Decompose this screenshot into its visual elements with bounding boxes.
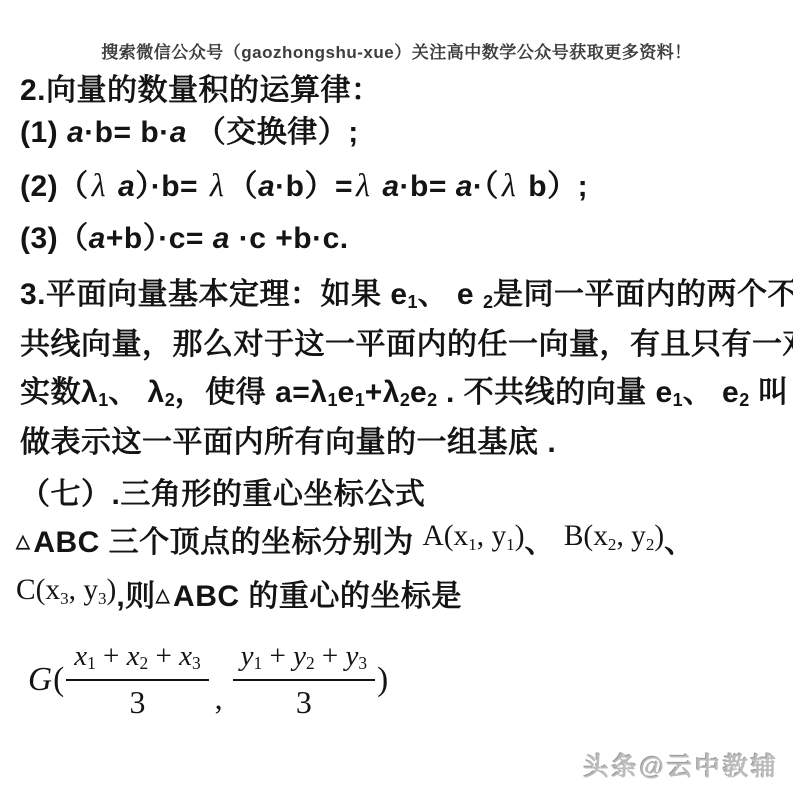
vector-a: a: [382, 170, 399, 203]
triangle-symbol: △: [16, 531, 30, 551]
denominator-3: 3: [233, 681, 375, 721]
subscript-1: 1: [327, 390, 337, 410]
vector-e: e: [722, 376, 739, 409]
triangle-symbol: △: [156, 585, 170, 605]
vector-a: a: [118, 170, 135, 203]
centroid-statement-line: C(x3, y3),则△ABC 的重心的坐标是: [16, 580, 462, 615]
item-number: (2)（: [20, 170, 89, 203]
vector-e: e: [457, 278, 474, 311]
dot-paren: ·（: [473, 170, 499, 203]
coordinate-B: B(x2, y2): [564, 520, 664, 552]
vector-a: a: [89, 222, 106, 255]
var-y: y: [241, 640, 254, 672]
subscript-2: 2: [739, 390, 749, 410]
x-fraction: x1 + x2 + x33: [66, 640, 208, 721]
centroid-text: ABC 的重心的坐标是: [173, 580, 462, 613]
plus-lambda: +λ: [365, 376, 400, 409]
coord-text: , y: [616, 520, 645, 552]
theorem-line-2: 共线向量，那么对于这一平面内的任一向量，有且只有一对: [20, 328, 793, 363]
subscript-2: 2: [306, 653, 315, 673]
enumeration-comma: 、: [664, 526, 695, 559]
subscript-1: 1: [87, 653, 96, 673]
then-text: ,则: [116, 580, 155, 613]
var-x: x: [74, 640, 87, 672]
vector-a: a: [258, 170, 275, 203]
item-number: (1): [20, 116, 67, 149]
vector-a: a: [213, 222, 230, 255]
coord-text: B(x: [564, 520, 608, 552]
subscript-3: 3: [358, 653, 367, 673]
vector-e: e: [655, 376, 672, 409]
denominator-3: 3: [66, 681, 208, 721]
abc-vertices-line: △ABC 三个顶点的坐标分别为 A(x1, y1)、 B(x2, y2)、: [16, 526, 695, 561]
vector-a: a: [456, 170, 473, 203]
equals: =: [114, 116, 141, 149]
var-x: x: [179, 640, 192, 672]
theorem-line-4: 做表示这一平面内所有向量的一组基底 .: [20, 426, 556, 461]
subscript-1: 1: [468, 535, 477, 554]
point-G: G: [28, 661, 52, 699]
section7-title: （七）.三角形的重心坐标公式: [20, 478, 425, 513]
toutiao-watermark: 头条@云中教辅: [584, 747, 779, 783]
enumeration-comma: 、: [418, 278, 457, 311]
lambda-text: 实数λ: [20, 376, 98, 409]
vector-a: a: [170, 116, 187, 149]
coord-text: ): [654, 520, 664, 552]
item-number: (3)（: [20, 222, 89, 255]
coord-text: ): [515, 520, 525, 552]
x-numerator: x1 + x2 + x3: [66, 640, 208, 681]
lambda-symbol: λ: [89, 168, 110, 204]
document-page: 搜索微信公众号（gaozhongshu-xue）关注高中数学公众号获取更多资料！…: [0, 0, 793, 788]
vector-e: e: [338, 376, 355, 409]
y-fraction: y1 + y2 + y33: [233, 640, 375, 721]
subscript-2: 2: [427, 390, 437, 410]
coord-text: C(x: [16, 574, 60, 606]
vector-a: a: [67, 116, 84, 149]
lambda-symbol: λ: [207, 168, 228, 204]
subscript-1: 1: [98, 390, 108, 410]
plus: +: [148, 640, 179, 672]
dot-b: ·b: [275, 170, 304, 203]
plus-b: +b: [106, 222, 143, 255]
theorem-text: 是同一平面内的两个不: [493, 278, 793, 311]
vector-e: e: [410, 376, 427, 409]
subscript-1: 1: [355, 390, 365, 410]
subscript-1: 1: [506, 535, 515, 554]
dot-c-plus-bc: ·c +b·c.: [230, 222, 349, 255]
basis-term: 基底: [478, 426, 539, 459]
dot: ·: [159, 116, 170, 149]
dot-product-law-3: (3)（a+b）·c= a ·c +b·c.: [20, 222, 349, 257]
enumeration-comma: 、: [683, 376, 722, 409]
theorem-line-1: 3.平面向量基本定理：如果 e1、 e 2是同一平面内的两个不: [20, 278, 793, 313]
var-x: x: [127, 640, 140, 672]
subscript-3: 3: [60, 589, 69, 608]
period: .: [539, 426, 557, 459]
comma: ,: [215, 681, 223, 717]
vector-e: e: [390, 278, 407, 311]
dot-c-equals: ·c=: [158, 222, 213, 255]
vector-b: b: [528, 170, 547, 203]
lambda-symbol: λ: [499, 168, 520, 204]
such-that-text: ，使得: [175, 376, 275, 409]
paren: ）: [143, 222, 159, 255]
dot-product-law-1: (1) a·b= b·a （交换律）;: [20, 116, 359, 151]
coord-text: , y: [69, 574, 98, 606]
y-numerator: y1 + y2 + y3: [233, 640, 375, 681]
coord-text: , y: [477, 520, 506, 552]
vector-b: b: [140, 116, 159, 149]
basis-intro-text: 做表示这一平面内所有向量的一组: [20, 426, 478, 459]
a-equals-lambda: a=λ: [275, 376, 327, 409]
paren: ）: [135, 170, 151, 203]
lambda-text: 、 λ: [108, 376, 165, 409]
coord-text: ): [107, 574, 117, 606]
var-y: y: [293, 640, 306, 672]
space: [109, 170, 118, 203]
coord-text: A(x: [423, 520, 469, 552]
dot-product-law-2: (2)（λ a）·b= λ（a·b）=λ a·b= a·（λ b）;: [20, 168, 588, 205]
centroid-formula: G(x1 + x2 + x33,y1 + y2 + y33): [28, 640, 388, 721]
var-y: y: [346, 640, 359, 672]
enumeration-comma: 、: [524, 526, 563, 559]
subscript-1: 1: [254, 653, 263, 673]
plus: +: [262, 640, 293, 672]
called-text: 叫: [749, 376, 788, 409]
theorem-line-3: 实数λ1、 λ2，使得 a=λ1e1+λ2e2 . 不共线的向量 e1、 e2 …: [20, 376, 789, 411]
subscript-1: 1: [673, 390, 683, 410]
commutative-label: （交换律）;: [187, 116, 359, 149]
plus: +: [315, 640, 346, 672]
dot-b-equals: ·b=: [400, 170, 456, 203]
wechat-promo-notice: 搜索微信公众号（gaozhongshu-xue）关注高中数学公众号获取更多资料！: [0, 38, 793, 63]
coordinate-A: A(x1, y1): [423, 520, 525, 552]
subscript-2: 2: [165, 390, 175, 410]
space: [474, 278, 483, 311]
subscript-2: 2: [483, 292, 493, 312]
paren: （: [227, 170, 258, 203]
dot-b-equals: ·b=: [151, 170, 207, 203]
subscript-3: 3: [192, 653, 201, 673]
space: [519, 170, 528, 203]
section2-title: 2.向量的数量积的运算律：: [20, 74, 382, 109]
lambda-symbol: λ: [353, 168, 374, 204]
coordinate-C: C(x3, y3): [16, 574, 116, 606]
subscript-2: 2: [140, 653, 149, 673]
subscript-2: 2: [400, 390, 410, 410]
paren-semicolon: ）;: [547, 170, 588, 203]
noncollinear-text: . 不共线的向量: [437, 376, 655, 409]
dot-b: ·b: [84, 116, 113, 149]
theorem-intro: 3.平面向量基本定理：如果: [20, 278, 390, 311]
open-paren: (: [53, 661, 64, 699]
close-paren: ): [377, 661, 388, 699]
vertices-text: ABC 三个顶点的坐标分别为: [33, 526, 422, 559]
paren-equals: ）=: [304, 170, 353, 203]
subscript-1: 1: [408, 292, 418, 312]
subscript-3: 3: [98, 589, 107, 608]
plus: +: [96, 640, 127, 672]
